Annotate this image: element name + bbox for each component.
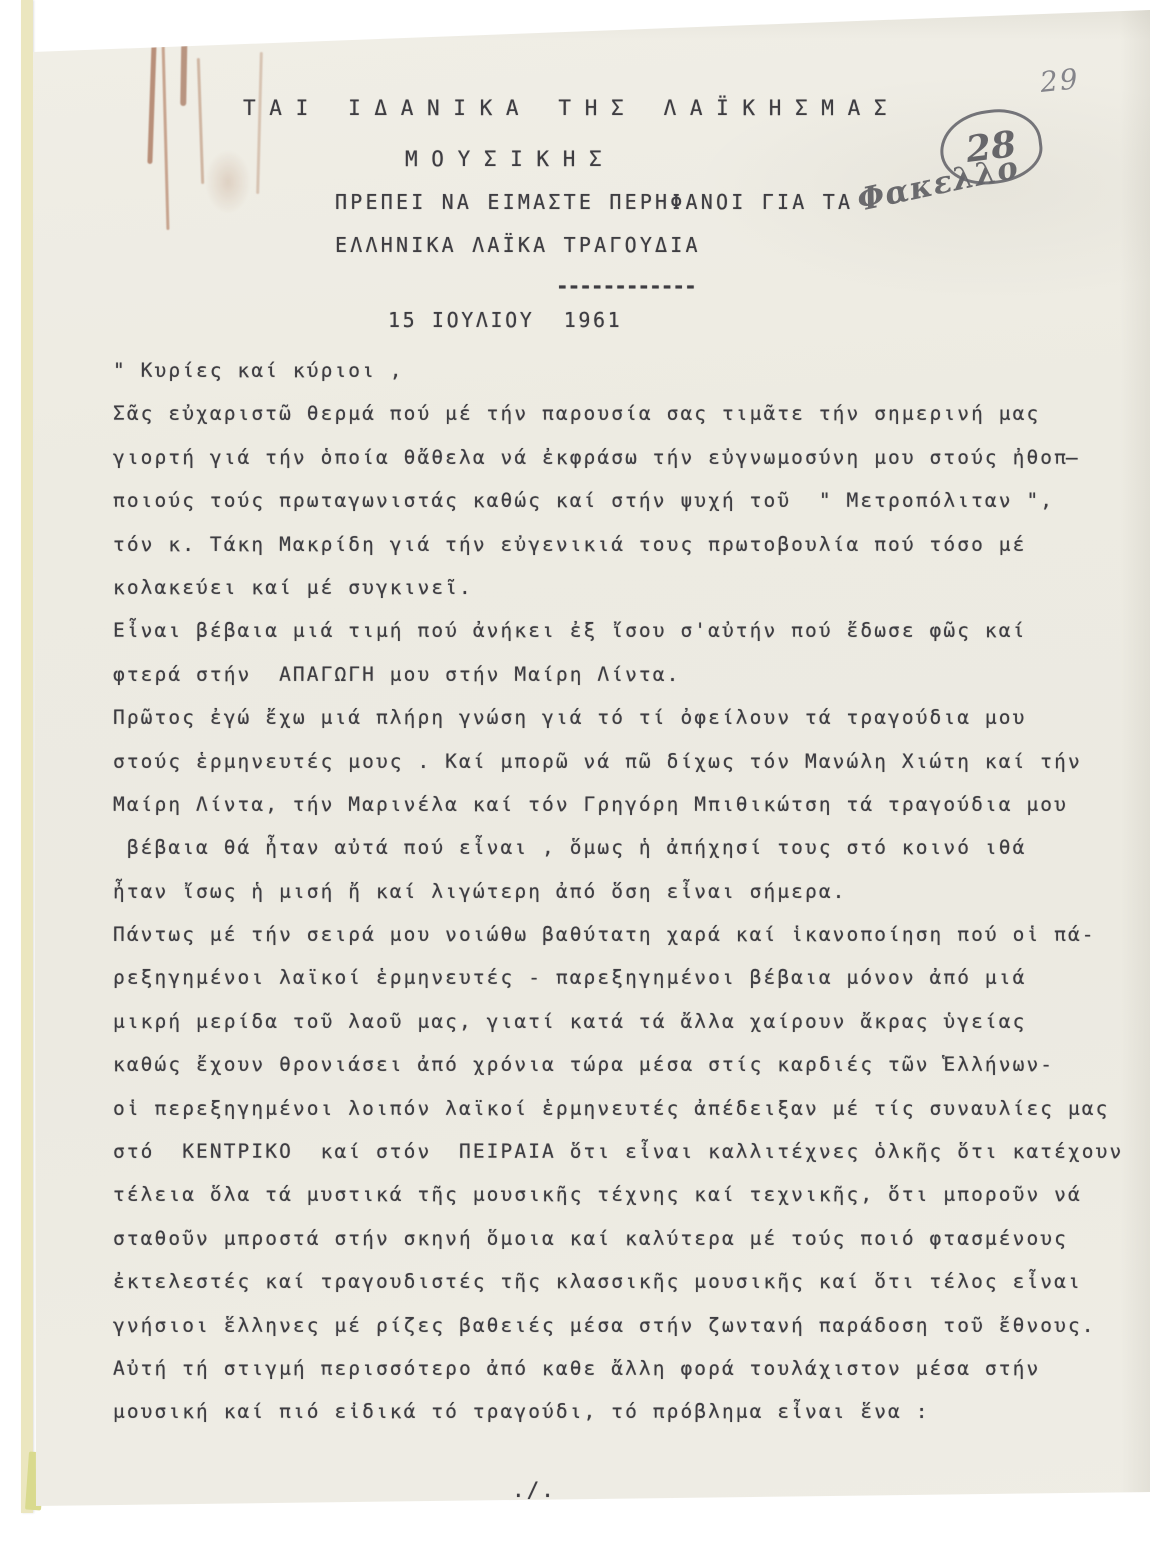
rust-stain — [205, 150, 251, 214]
body-line: " Κυρίες καί κύριοι , — [113, 349, 1143, 392]
body-line: βέβαια θά ἦταν αὐτά πού εἶναι , ὅμως ἡ ἀ… — [113, 826, 1143, 869]
body-line: ρεξηγημένοι λαϊκοί ἑρμηνευτές - παρεξηγη… — [113, 956, 1143, 999]
rust-stain — [147, 12, 157, 164]
rust-stain — [180, 14, 188, 106]
body-line: ἐκτελεστές καί τραγουδιστές τῆς κλασσικῆ… — [113, 1260, 1143, 1303]
body-line: Σᾶς εὐχαριστῶ θερμά πού μέ τήν παρουσία … — [113, 392, 1143, 435]
document-title-line1: Τ Α Ι Ι Δ Α Ν Ι Κ Α Τ Η Σ Λ Α Ϊ Κ Η Σ Μ … — [243, 96, 887, 120]
body-line: μουσική καί πιό εἰδικά τό τραγούδι, τό π… — [113, 1390, 1143, 1433]
document-subtitle-line2: ΕΛΛΗΝΙΚΑ ΛΑΪΚΑ ΤΡΑΓΟΥΔΙΑ — [335, 233, 701, 257]
document-subtitle-line1: ΠΡΕΠΕΙ ΝΑ ΕΙΜΑΣΤΕ ΠΕΡΗΦΑΝΟΙ ΓΙΑ ΤΑ — [335, 190, 853, 214]
body-line: στό ΚΕΝΤΡΙΚΟ καί στόν ΠΕΙΡΑΙΑ ὅτι εἶναι … — [113, 1130, 1143, 1173]
scanned-document: Τ Α Ι Ι Δ Α Ν Ι Κ Α Τ Η Σ Λ Α Ϊ Κ Η Σ Μ … — [0, 0, 1150, 1559]
body-line: τέλεια ὅλα τά μυστικά τῆς μουσικῆς τέχνη… — [113, 1173, 1143, 1216]
body-line: καθώς ἔχουν θρονιάσει ἀπό χρόνια τώρα μέ… — [113, 1043, 1143, 1086]
pencil-circled-number-value: 28 — [964, 123, 1019, 171]
document-date: 15 ΙΟΥΛΙΟΥ 1961 — [388, 308, 622, 332]
body-line: μικρή μερίδα τοῦ λαοῦ μας, γιατί κατά τά… — [113, 1000, 1143, 1043]
rust-stain — [162, 42, 170, 230]
body-line: Πρῶτος ἐγώ ἔχω μιά πλήρη γνώση γιά τό τί… — [113, 696, 1143, 739]
pencil-page-number: 29 — [1038, 62, 1081, 99]
body-line: ποιούς τούς πρωταγωνιστάς καθώς καί στήν… — [113, 479, 1143, 522]
divider-dashes: ------------ — [556, 274, 696, 298]
document-page: Τ Α Ι Ι Δ Α Ν Ι Κ Α Τ Η Σ Λ Α Ϊ Κ Η Σ Μ … — [0, 0, 1150, 1559]
body-line: σταθοῦν μπροστά στήν σκηνή ὅμοια καί καλ… — [113, 1217, 1143, 1260]
body-line: Πάντως μέ τήν σειρά μου νοιώθω βαθύτατη … — [113, 913, 1143, 956]
body-line: Αὐτή τή στιγμή περισσότερο ἀπό καθε ἄλλη… — [113, 1347, 1143, 1390]
body-line: Εἶναι βέβαια μιά τιμή πού ἀνήκει ἐξ ἴσου… — [113, 609, 1143, 652]
body-text: " Κυρίες καί κύριοι , Σᾶς εὐχαριστῶ θερμ… — [113, 349, 1143, 1434]
document-title-line2: Μ Ο Υ Σ Ι Κ Η Σ — [405, 147, 602, 171]
page-continuation-mark: ./. — [512, 1478, 556, 1502]
body-line: γνήσιοι ἕλληνες μέ ρίζες βαθειές μέσα στ… — [113, 1304, 1143, 1347]
left-edge-tape-strip — [21, 0, 33, 1513]
rust-stain — [197, 58, 204, 184]
body-line: οἱ περεξηγημένοι λοιπόν λαϊκοί ἑρμηνευτέ… — [113, 1087, 1143, 1130]
body-line: τόν κ. Τάκη Μακρίδη γιά τήν εὐγενικιά το… — [113, 523, 1143, 566]
body-line: Μαίρη Λίντα, τήν Μαρινέλα καί τόν Γρηγόρ… — [113, 783, 1143, 826]
body-line: ἦταν ἴσως ἡ μισή ἤ καί λιγώτερη ἀπό ὅση … — [113, 870, 1143, 913]
body-line: φτερά στήν ΑΠΑΓΩΓΗ μου στήν Μαίρη Λίντα. — [113, 653, 1143, 696]
body-line: γιορτή γιά τήν ὁποία θἄθελα νά ἐκφράσω τ… — [113, 436, 1143, 479]
body-line: κολακεύει καί μέ συγκινεῖ. — [113, 566, 1143, 609]
rust-stain — [256, 52, 263, 194]
body-line: στούς ἑρμηνευτές μους . Καί μπορῶ νά πῶ … — [113, 740, 1143, 783]
